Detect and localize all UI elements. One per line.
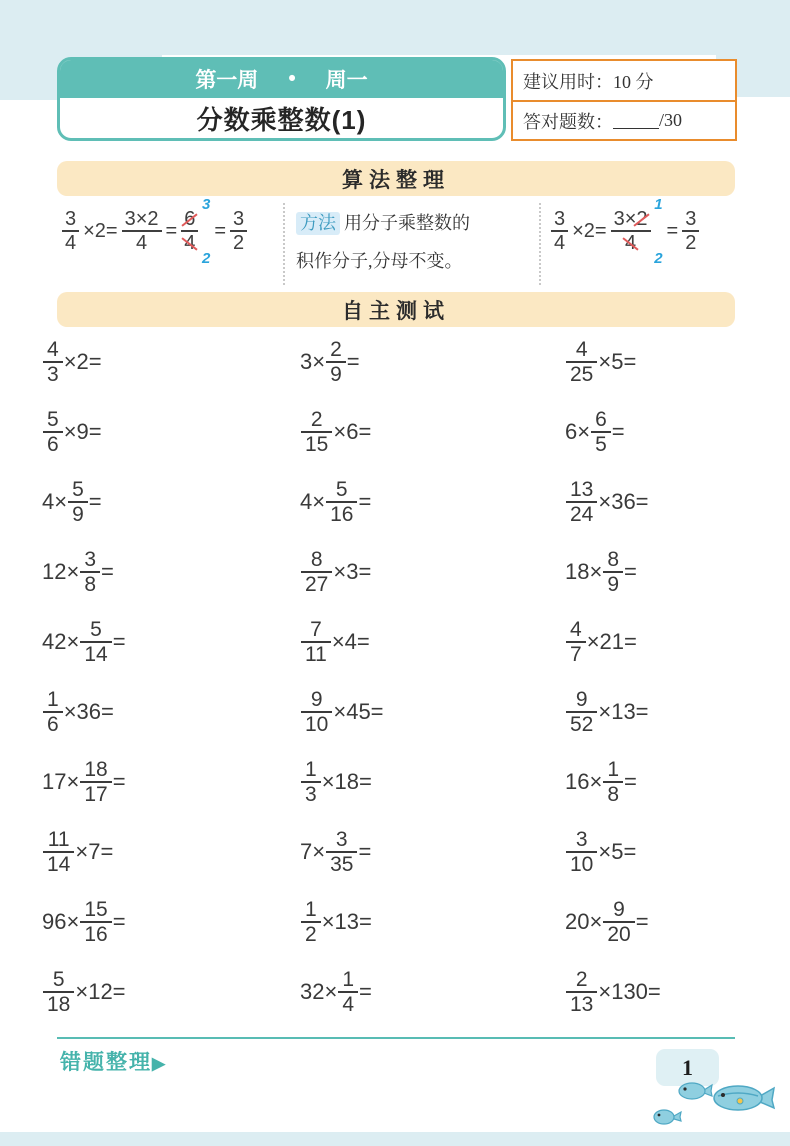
week-day-header: 第一周 • 周一 (60, 60, 503, 98)
multiplier-prefix: 96× (42, 909, 79, 935)
method-section-title: 算法整理 (57, 161, 735, 196)
fraction: 59 (68, 478, 88, 526)
lesson-title-banner: 第一周 • 周一 分数乘整数(1) (57, 57, 506, 141)
method-explanation: 方法用分子乘整数的 积作分子,分母不变。 (296, 204, 531, 280)
fraction: 952 (566, 688, 597, 736)
problem-3: 425×5= (565, 327, 752, 397)
fraction: 910 (301, 688, 332, 736)
operator-equals: = (624, 769, 637, 795)
problem-19: 17×1817= (42, 747, 300, 817)
fraction: 12 (301, 898, 321, 946)
problem-23: 7×335= (300, 817, 565, 887)
problem-11: 827×3= (300, 537, 565, 607)
problem-10: 12×38= (42, 537, 300, 607)
fraction: 827 (301, 548, 332, 596)
operator-equals: = (89, 489, 102, 515)
day-label: 周一 (326, 64, 368, 94)
multiplier-prefix: 4× (42, 489, 67, 515)
suggested-time-row: 建议用时：10 分 (513, 61, 735, 100)
fraction: 14 (338, 968, 358, 1016)
equals-sign: = (667, 220, 679, 243)
problem-13: 42×514= (42, 607, 300, 677)
operator-equals: ×6= (333, 419, 371, 445)
operator: ×2= (83, 220, 117, 243)
problem-22: 1114×7= (42, 817, 300, 887)
test-section-title: 自主测试 (57, 292, 735, 327)
operator-equals: ×9= (64, 419, 102, 445)
operator-equals: = (113, 769, 126, 795)
operator-equals: ×21= (587, 629, 637, 655)
cancelled-fraction: 63 42 (181, 208, 198, 255)
problem-30: 213×130= (565, 957, 752, 1027)
cancel-result-denominator: 2 (202, 251, 210, 268)
fraction: 29 (326, 338, 346, 386)
fraction: 516 (326, 478, 357, 526)
problem-8: 4×516= (300, 467, 565, 537)
cancel-result-numerator: 1 (654, 197, 662, 214)
operator-equals: = (612, 419, 625, 445)
equals-sign: = (214, 220, 226, 243)
multiplier-prefix: 42× (42, 629, 79, 655)
problem-9: 1324×36= (565, 467, 752, 537)
operator-equals: = (113, 909, 126, 935)
problem-27: 20×920= (565, 887, 752, 957)
multiplier-prefix: 16× (565, 769, 602, 795)
problem-15: 47×21= (565, 607, 752, 677)
operator-equals: ×130= (598, 979, 660, 1005)
worked-example-left: 3 4 ×2= 3×2 4 = 63 42 = 3 2 (60, 208, 249, 255)
dot-separator: • (288, 67, 295, 91)
operator-equals: ×36= (64, 699, 114, 725)
operator-equals: = (636, 909, 649, 935)
operator-equals: ×18= (322, 769, 372, 795)
operator-equals: ×5= (598, 839, 636, 865)
info-box: 建议用时：10 分 答对题数：/30 (511, 59, 737, 141)
worked-example-right: 3 4 ×2= 3×21 42 = 3 2 (549, 208, 701, 255)
wrong-problems-label: 错题整理▶ (60, 1046, 165, 1076)
problem-25: 96×1516= (42, 887, 300, 957)
week-label: 第一周 (195, 64, 258, 94)
operator-equals: = (358, 839, 371, 865)
problem-28: 518×12= (42, 957, 300, 1027)
footer-rule (57, 1037, 735, 1039)
multiplier-prefix: 12× (42, 559, 79, 585)
fraction-result: 3 2 (230, 208, 247, 255)
operator-equals: = (101, 559, 114, 585)
operator-equals: ×5= (598, 349, 636, 375)
problems-grid: 43×2=3×29=425×5=56×9=215×6=6×65=4×59=4×5… (42, 327, 752, 1027)
fraction: 47 (566, 618, 586, 666)
suggested-time-label: 建议用时：10 分 (523, 68, 654, 94)
operator-equals: ×7= (75, 839, 113, 865)
problem-17: 910×45= (300, 677, 565, 747)
problem-1: 43×2= (42, 327, 300, 397)
fraction: 310 (566, 828, 597, 876)
problem-26: 12×13= (300, 887, 565, 957)
method-chip: 方法 (296, 212, 340, 235)
problem-18: 952×13= (565, 677, 752, 747)
operator-equals: ×36= (598, 489, 648, 515)
fraction: 65 (591, 408, 611, 456)
multiplier-prefix: 7× (300, 839, 325, 865)
operator-equals: ×45= (333, 699, 383, 725)
fraction: 514 (80, 618, 111, 666)
score-total: /30 (659, 110, 682, 131)
operator-equals: ×3= (333, 559, 371, 585)
multiplier-prefix: 20× (565, 909, 602, 935)
multiplier-prefix: 17× (42, 769, 79, 795)
problem-7: 4×59= (42, 467, 300, 537)
operator-equals: ×13= (322, 909, 372, 935)
operator-equals: = (624, 559, 637, 585)
fraction: 13 (301, 758, 321, 806)
problem-16: 16×36= (42, 677, 300, 747)
operator-equals: = (113, 629, 126, 655)
dotted-divider-left (283, 203, 285, 285)
arrow-icon: ▶ (152, 1054, 165, 1073)
dotted-divider-right (539, 203, 541, 285)
fraction: 1516 (80, 898, 111, 946)
problem-20: 13×18= (300, 747, 565, 817)
multiplier-prefix: 32× (300, 979, 337, 1005)
operator-equals: = (347, 349, 360, 375)
lesson-title: 分数乘整数(1) (60, 98, 503, 138)
operator-equals: = (358, 489, 371, 515)
operator-equals: ×2= (64, 349, 102, 375)
fraction: 3 4 (551, 208, 568, 255)
fish-illustration (648, 1078, 778, 1133)
fraction: 56 (43, 408, 63, 456)
fraction: 43 (43, 338, 63, 386)
multiplier-prefix: 4× (300, 489, 325, 515)
fraction: 920 (603, 898, 634, 946)
bottom-strip-decoration (0, 1132, 790, 1146)
multiplier-prefix: 18× (565, 559, 602, 585)
fraction: 38 (80, 548, 100, 596)
fraction: 711 (301, 618, 331, 666)
fraction: 213 (566, 968, 597, 1016)
cancel-result-numerator: 3 (202, 197, 210, 214)
equals-sign: = (166, 220, 178, 243)
fraction: 18 (603, 758, 623, 806)
score-label: 答对题数： (523, 108, 613, 134)
problem-5: 215×6= (300, 397, 565, 467)
fraction: 1324 (566, 478, 597, 526)
tiny-fish (654, 1110, 681, 1124)
problem-4: 56×9= (42, 397, 300, 467)
fraction: 425 (566, 338, 597, 386)
multiplier-prefix: 6× (565, 419, 590, 445)
cancel-result-denominator: 2 (654, 251, 662, 268)
fraction: 3×2 4 (122, 208, 162, 255)
problem-14: 711×4= (300, 607, 565, 677)
small-fish (679, 1083, 712, 1099)
operator-equals: ×12= (75, 979, 125, 1005)
fraction: 1817 (80, 758, 111, 806)
operator: ×2= (572, 220, 606, 243)
workbook-page: 第一周 • 周一 分数乘整数(1) 建议用时：10 分 答对题数：/30 算法整… (0, 0, 790, 1146)
fraction: 1114 (43, 828, 74, 876)
fraction: 16 (43, 688, 63, 736)
multiplier-prefix: 3× (300, 349, 325, 375)
operator-equals: ×13= (598, 699, 648, 725)
method-text-line2: 积作分子,分母不变。 (296, 251, 463, 271)
problem-29: 32×14= (300, 957, 565, 1027)
problem-24: 310×5= (565, 817, 752, 887)
cancelled-fraction: 3×21 42 (611, 208, 651, 255)
big-fish (714, 1086, 774, 1110)
operator-equals: ×4= (332, 629, 370, 655)
fraction: 335 (326, 828, 357, 876)
method-text-line1: 用分子乘整数的 (344, 213, 470, 233)
fraction: 3 4 (62, 208, 79, 255)
score-row: 答对题数：/30 (513, 100, 735, 139)
problem-12: 18×89= (565, 537, 752, 607)
problem-2: 3×29= (300, 327, 565, 397)
score-blank-line (613, 113, 659, 129)
problem-21: 16×18= (565, 747, 752, 817)
operator-equals: = (359, 979, 372, 1005)
fraction: 518 (43, 968, 74, 1016)
problem-6: 6×65= (565, 397, 752, 467)
fraction: 215 (301, 408, 332, 456)
fraction-result: 3 2 (682, 208, 699, 255)
fraction: 89 (603, 548, 623, 596)
